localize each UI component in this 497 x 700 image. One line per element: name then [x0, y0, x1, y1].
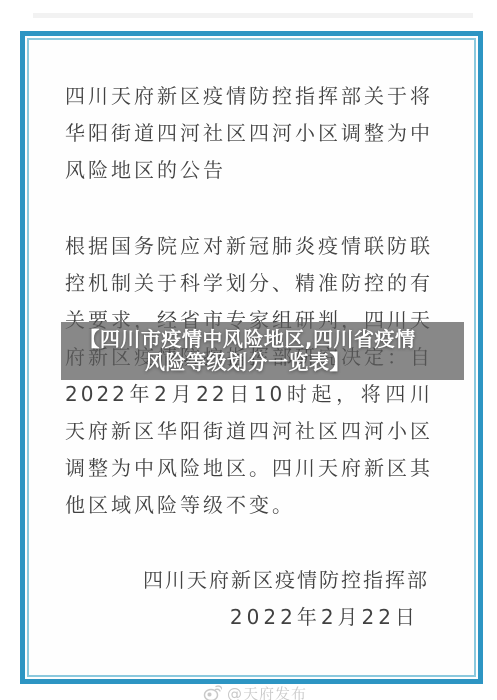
weibo-icon — [203, 685, 222, 700]
caption-overlay-line-1: 【四川市疫情中风险地区,四川省疫情 — [61, 328, 434, 351]
caption-overlay-banner: 【四川市疫情中风险地区,四川省疫情 风险等级划分一览表】 — [61, 322, 464, 380]
notice-title: 四川天府新区疫情防控指挥部关于将华阳街道四河社区四河小区调整为中风险地区的公告 — [65, 78, 433, 189]
watermark-text: @天府发布 — [227, 683, 307, 700]
watermark: @天府发布 — [203, 683, 307, 700]
photo-artifact-strip — [33, 13, 473, 18]
caption-overlay-line-2: 风险等级划分一览表】 — [61, 351, 434, 374]
notice-photo-page: { "colors": { "frame_outer_blue": "#2d95… — [0, 0, 497, 700]
notice-date: 2022年2月22日 — [65, 599, 433, 636]
notice-signature: 四川天府新区疫情防控指挥部 — [65, 562, 433, 599]
caption-overlay-text: 【四川市疫情中风险地区,四川省疫情 风险等级划分一览表】 — [61, 322, 464, 380]
